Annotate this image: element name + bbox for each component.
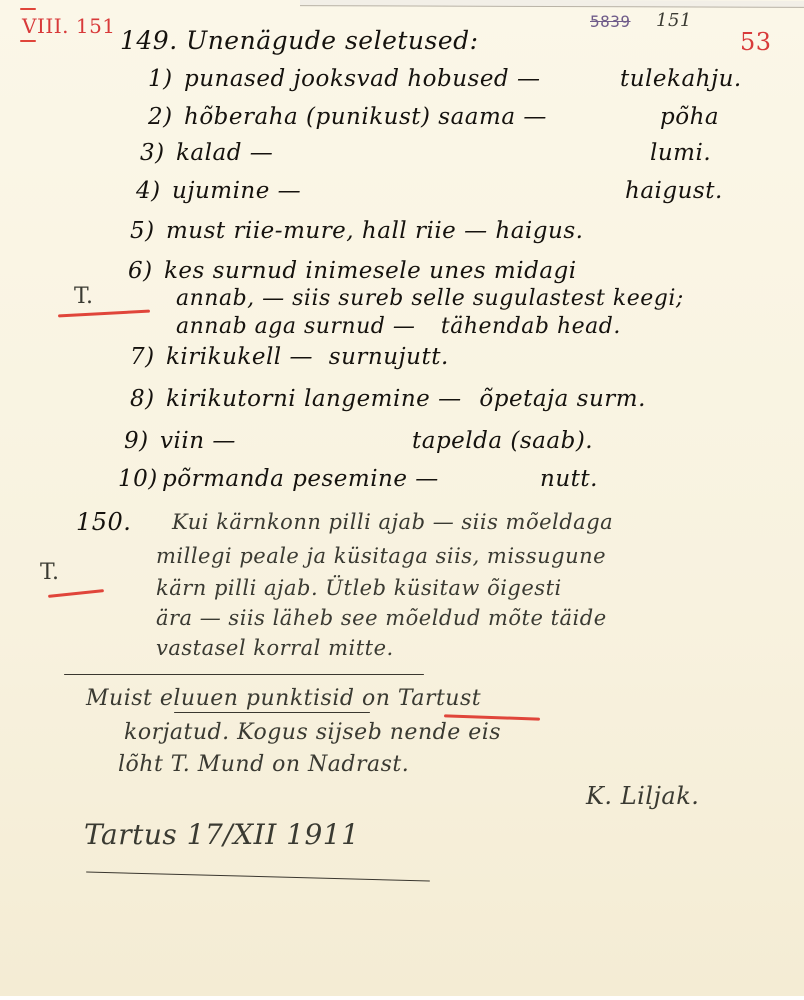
dream-symbol: kalad — <box>176 140 273 166</box>
closing-line <box>86 871 430 881</box>
dream-meaning: surnujutt. <box>329 344 449 370</box>
dream-symbol: kes surnud inimesele unes midagi <box>164 258 577 284</box>
entry-150-number: 150. <box>76 508 131 536</box>
signature: K. Liljak. <box>586 782 699 810</box>
collector-mark: T. <box>74 284 93 309</box>
paper-bottom-edge <box>0 996 804 1000</box>
red-page-number: 53 <box>740 28 772 56</box>
dream-symbol: must riie-mure, hall riie — haigus. <box>166 218 583 244</box>
entry-150-line: kärn pilli ajab. Ütleb küsitaw õigesti <box>156 576 562 600</box>
list-item: 10)põrmanda pesemine — <box>118 466 439 492</box>
list-item: 6)kes surnud inimesele unes midagi <box>128 258 577 284</box>
collector-note-line: lõht T. Mund on Nadrast. <box>118 752 409 777</box>
entry-150-line: Kui kärnkonn pilli ajab — siis mõeldaga <box>172 510 613 534</box>
list-item: 8)kirikutorni langemine — õpetaja surm. <box>130 386 646 412</box>
underline-mark <box>174 712 370 713</box>
entry-150-line: vastasel korral mitte. <box>156 636 394 660</box>
list-item: 2)hõberaha (punikust) saama — <box>148 104 547 130</box>
entry-149-header: 149. Unenägude seletused: <box>120 26 479 55</box>
dream-meaning: õpetaja surm. <box>479 386 646 412</box>
list-item: 5)must riie-mure, hall riie — haigus. <box>130 218 583 244</box>
archive-ref-overline <box>20 8 36 10</box>
red-margin-stroke <box>48 589 104 598</box>
dream-symbol: punased jooksvad hobused — <box>184 66 540 92</box>
red-margin-stroke <box>58 310 150 318</box>
dream-meaning: tähendab head. <box>441 314 621 339</box>
dream-meaning: nutt. <box>540 466 598 492</box>
dream-meaning: tulekahju. <box>620 66 742 92</box>
dream-symbol: hõberaha (punikust) saama — <box>184 104 547 130</box>
entry-title: Unenägude seletused: <box>186 26 478 55</box>
place-date: Tartus 17/XII 1911 <box>84 818 359 851</box>
list-item: 7)kirikukell — surnujutt. <box>130 344 449 370</box>
list-item: 3)kalad — <box>140 140 273 166</box>
entry-number: 149. <box>120 26 178 55</box>
list-item: 1)punased jooksvad hobused — <box>148 66 540 92</box>
dream-symbol: kirikutorni langemine — <box>166 386 462 412</box>
list-item-continuation: annab aga surnud — tähendab head. <box>176 314 621 339</box>
list-item: 9)viin — <box>124 428 236 454</box>
archive-stamp-number: 5839 <box>590 12 631 31</box>
dream-symbol: põrmanda pesemine — <box>162 466 439 492</box>
list-item: 4)ujumine — <box>136 178 301 204</box>
dream-symbol: ujumine — <box>172 178 301 204</box>
list-item-continuation: annab, — siis sureb selle sugulastest ke… <box>176 286 684 311</box>
dream-meaning: haigust. <box>625 178 723 204</box>
dream-meaning: lumi. <box>650 140 711 166</box>
paper-top-edge <box>300 0 804 8</box>
manuscript-page: VIII. 151 5839 151 53 149. Unenägude sel… <box>0 0 804 1000</box>
entry-150-line: millegi peale ja küsitaga siis, missugun… <box>156 544 606 568</box>
dream-meaning: tapelda (saab). <box>412 428 593 454</box>
pencil-page-number: 151 <box>656 10 692 31</box>
collector-note-line: Muist eluuen punktisid on Tartust <box>86 686 481 711</box>
dream-meaning: põha <box>660 104 719 130</box>
section-divider <box>64 674 424 675</box>
dream-symbol: kirikukell — <box>166 344 313 370</box>
collector-note-line: korjatud. Kogus sijseb nende eis <box>124 720 501 745</box>
collector-mark: T. <box>40 560 59 585</box>
entry-150-line: ära — siis läheb see mõeldud mõte täide <box>156 606 607 630</box>
archive-ref-underline <box>20 40 36 42</box>
dream-symbol: viin — <box>160 428 236 454</box>
archive-reference: VIII. 151 <box>22 14 116 38</box>
